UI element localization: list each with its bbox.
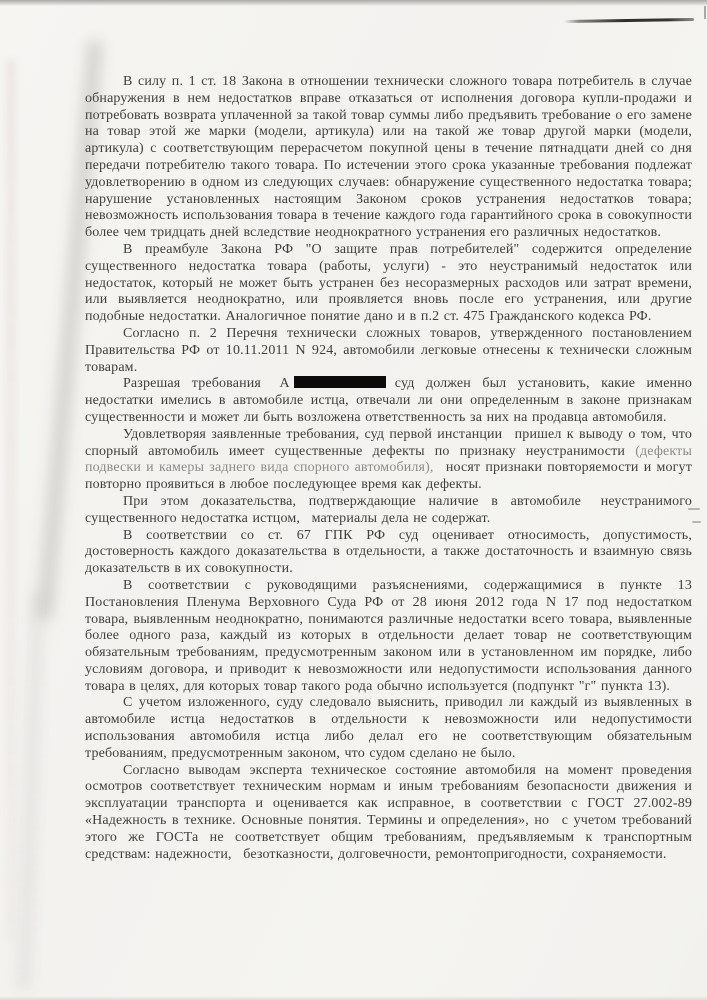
paragraph: Удовлетворяя заявленные требования, суд …	[85, 427, 692, 494]
text-run: Удовлетворяя заявленные требования, суд …	[85, 427, 692, 459]
text-run: Согласно п. 2 Перечня технически сложных…	[85, 326, 692, 375]
text-run: С учетом изложенного, суду следовало выя…	[85, 695, 692, 760]
paragraph: При этом доказательства, подтверждающие …	[85, 494, 692, 528]
paragraph: Согласно п. 2 Перечня технически сложных…	[85, 326, 692, 376]
scanner-edge-band	[0, 0, 707, 6]
scanned-document-page: В силу п. 1 ст. 18 Закона в отношении те…	[0, 0, 707, 1000]
pen-stroke-mark	[564, 18, 694, 23]
scan-edge-tick	[704, 6, 706, 19]
text-run: В соответствии со ст. 67 ГПК РФ суд оцен…	[85, 528, 692, 577]
text-run: В соответствии с руководящими разъяснени…	[85, 578, 692, 694]
text-run: Разрешая требования А	[123, 376, 290, 391]
scanner-edge-band-bottom	[0, 996, 707, 1000]
paragraph: Согласно выводам эксперта техническое со…	[85, 763, 692, 864]
paragraph: С учетом изложенного, суду следовало выя…	[85, 695, 692, 762]
paragraph: Разрешая требования Асуд должен был уста…	[85, 376, 692, 426]
text-run: Согласно выводам эксперта техническое со…	[85, 763, 692, 862]
text-run: В преамбуле Закона РФ "О защите прав пот…	[85, 242, 692, 324]
text-run: При этом доказательства, подтверждающие …	[85, 494, 692, 526]
redaction-bar	[294, 376, 386, 388]
paragraph: В преамбуле Закона РФ "О защите прав пот…	[85, 242, 692, 326]
paragraph: В соответствии с руководящими разъяснени…	[85, 578, 692, 696]
document-body-text: В силу п. 1 ст. 18 Закона в отношении те…	[85, 74, 692, 863]
text-run: В силу п. 1 ст. 18 Закона в отношении те…	[85, 74, 692, 240]
scan-noise-left-edge	[6, 60, 16, 940]
paper-crease-shadow-lower	[19, 590, 43, 990]
margin-dash-mark	[692, 521, 701, 523]
paragraph: В силу п. 1 ст. 18 Закона в отношении те…	[85, 74, 692, 242]
paragraph: В соответствии со ст. 67 ГПК РФ суд оцен…	[85, 528, 692, 578]
